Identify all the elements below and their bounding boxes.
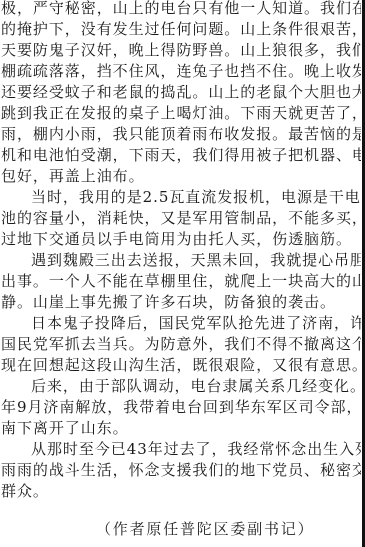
text-line: 年9月济南解放，我带着电台回到华东军区司令部，并随军 bbox=[1, 399, 361, 420]
text-line: 跳到我正在发报的桌子上喝灯油。下雨天就更苦了，外面大 bbox=[1, 105, 361, 126]
text-line: 群众。 bbox=[1, 483, 361, 504]
text-line: 南下离开了山东。 bbox=[1, 420, 361, 441]
text-line: 从那时至今已43年过去了，我经常怀念出生入死，风风 bbox=[1, 441, 361, 462]
text-line: 还要经受蚊子和老鼠的捣乱。山上的老鼠个大胆也大，竟敢 bbox=[1, 84, 361, 105]
body-text: 极，严守秘密，山上的电台只有他一人知道。我们在他一家的掩护下，没有发生过任何问题… bbox=[1, 0, 361, 504]
text-line: 静。山崖上事先搬了许多石块，防备狼的袭击。 bbox=[1, 294, 361, 315]
text-line: 过地下交通员以手电筒用为由托人买，伤透脑筋。 bbox=[1, 231, 361, 252]
text-line: 日本鬼子投降后，国民党军队抢先进了济南，许文友被 bbox=[1, 315, 361, 336]
text-line: 出事。一个人不能在草棚里住，就爬上一块高大的山崖听动 bbox=[1, 273, 361, 294]
text-line: 后来，由于部队调动，电台隶属关系几经变化。直到1948 bbox=[1, 378, 361, 399]
text-line: 极，严守秘密，山上的电台只有他一人知道。我们在他一家 bbox=[1, 0, 361, 21]
text-line: 现在回想起这段山沟生活，既很艰险，又很有意思。 bbox=[1, 357, 361, 378]
text-line: 当时，我用的是2.5瓦直流发报机，电源是干电池。电 bbox=[1, 189, 361, 210]
text-line: 的掩护下，没有发生过任何问题。山上条件很艰苦，白 bbox=[1, 21, 361, 42]
text-line: 雨雨的战斗生活，怀念支援我们的地下党员、秘密交通员和 bbox=[1, 462, 361, 483]
text-line: 天要防鬼子汉奸，晚上得防野兽。山上狼很多，我们住的草 bbox=[1, 42, 361, 63]
text-line: 遇到魏殿三出去送报，天黑未回，我就提心吊胆，怕他 bbox=[1, 252, 361, 273]
text-line: 棚疏疏落落，挡不住风，连兔子也挡不住。晚上收发报时， bbox=[1, 63, 361, 84]
document-page: 极，严守秘密，山上的电台只有他一人知道。我们在他一家的掩护下，没有发生过任何问题… bbox=[0, 0, 362, 547]
text-line: 国民党军抓去当兵。为防意外，我们不得不撤离这个山沟。 bbox=[1, 336, 361, 357]
author-caption: （作者原任普陀区委副书记） bbox=[96, 520, 314, 538]
text-line: 雨，棚内小雨，我只能顶着雨布收发报。最苦恼的是收发报 bbox=[1, 126, 361, 147]
text-line: 池的容量小，消耗快，又是军用管制品，不能多买，只好通 bbox=[1, 210, 361, 231]
text-line: 机和电池怕受潮，下雨天，我们得用被子把机器、电池小心 bbox=[1, 147, 361, 168]
text-line: 包好，再盖上油布。 bbox=[1, 168, 361, 189]
